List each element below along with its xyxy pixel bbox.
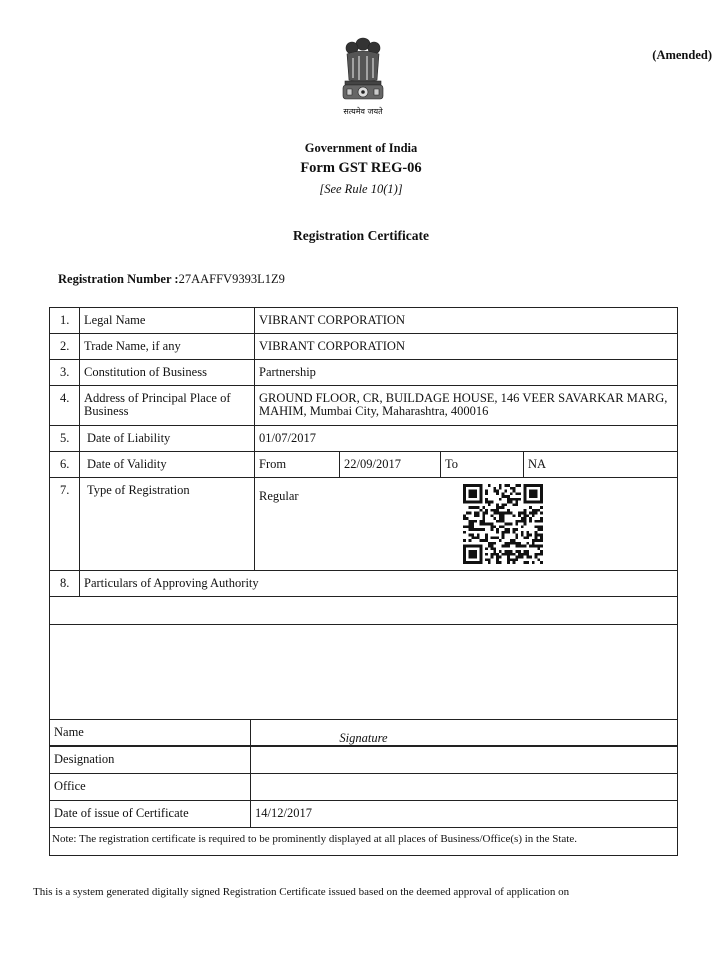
registration-type-cell: Regular (255, 478, 678, 571)
table-row: 2. Trade Name, if any VIBRANT CORPORATIO… (50, 334, 678, 360)
validity-from-value: 22/09/2017 (340, 452, 441, 478)
address-value: GROUND FLOOR, CR, BUILDAGE HOUSE, 146 VE… (255, 386, 678, 426)
details-table: 1. Legal Name VIBRANT CORPORATION 2. Tra… (49, 307, 678, 746)
legal-name-value: VIBRANT CORPORATION (255, 308, 678, 334)
table-row: 4. Address of Principal Place of Busines… (50, 386, 678, 426)
table-row: 6. Date of Validity From 22/09/2017 To N… (50, 452, 678, 478)
field-label: Legal Name (80, 308, 255, 334)
authority-office-value (251, 774, 678, 801)
table-row: 7. Type of Registration Regular (50, 478, 678, 571)
validity-to-label: To (441, 452, 524, 478)
field-label: Type of Registration (80, 478, 255, 571)
approving-authority-blank-row (50, 597, 678, 625)
note-text: Note: The registration certificate is re… (50, 828, 678, 856)
footer-text: This is a system generated digitally sig… (33, 886, 569, 898)
row-number: 6. (50, 452, 80, 478)
table-row: 1. Legal Name VIBRANT CORPORATION (50, 308, 678, 334)
authority-name-value (251, 720, 678, 747)
table-row: Name (50, 720, 678, 747)
row-number: 7. (50, 478, 80, 571)
authority-table: Name Designation Office Date of issue of… (49, 719, 678, 856)
liability-date-value: 01/07/2017 (255, 426, 678, 452)
issue-date-value: 14/12/2017 (251, 801, 678, 828)
qr-code-icon (463, 484, 543, 564)
field-label: Date of Validity (80, 452, 255, 478)
blank-cell (50, 597, 678, 625)
field-label: Address of Principal Place of Business (80, 386, 255, 426)
authority-label: Office (50, 774, 251, 801)
authority-label: Date of issue of Certificate (50, 801, 251, 828)
field-label: Constitution of Business (80, 360, 255, 386)
certificate-title: Registration Certificate (0, 228, 722, 244)
authority-designation-value (251, 747, 678, 774)
row-number: 5. (50, 426, 80, 452)
registration-number-label: Registration Number : (58, 272, 179, 286)
validity-from-label: From (255, 452, 340, 478)
table-row: 5. Date of Liability 01/07/2017 (50, 426, 678, 452)
row-number: 2. (50, 334, 80, 360)
validity-to-value: NA (524, 452, 678, 478)
table-row: Date of issue of Certificate 14/12/2017 (50, 801, 678, 828)
field-label: Particulars of Approving Authority (80, 571, 678, 597)
table-row: 3. Constitution of Business Partnership (50, 360, 678, 386)
amended-label: (Amended) (652, 48, 712, 63)
form-title: Form GST REG-06 (0, 160, 722, 177)
table-row: Office (50, 774, 678, 801)
authority-label: Name (50, 720, 251, 747)
row-number: 1. (50, 308, 80, 334)
table-row: Designation (50, 747, 678, 774)
row-number: 8. (50, 571, 80, 597)
row-number: 3. (50, 360, 80, 386)
authority-label: Designation (50, 747, 251, 774)
note-row: Note: The registration certificate is re… (50, 828, 678, 856)
national-emblem-icon: सत्यमेव जयते (333, 34, 393, 120)
row-number: 4. (50, 386, 80, 426)
registration-number-value: 27AAFFV9393L1Z9 (179, 272, 285, 286)
table-row: 8. Particulars of Approving Authority (50, 571, 678, 597)
trade-name-value: VIBRANT CORPORATION (255, 334, 678, 360)
field-label: Date of Liability (80, 426, 255, 452)
constitution-value: Partnership (255, 360, 678, 386)
rule-reference: [See Rule 10(1)] (0, 182, 722, 197)
government-heading: Government of India (0, 141, 722, 156)
field-label: Trade Name, if any (80, 334, 255, 360)
registration-number: Registration Number :27AAFFV9393L1Z9 (58, 272, 285, 287)
emblem-motto: सत्यमेव जयते (327, 106, 399, 117)
